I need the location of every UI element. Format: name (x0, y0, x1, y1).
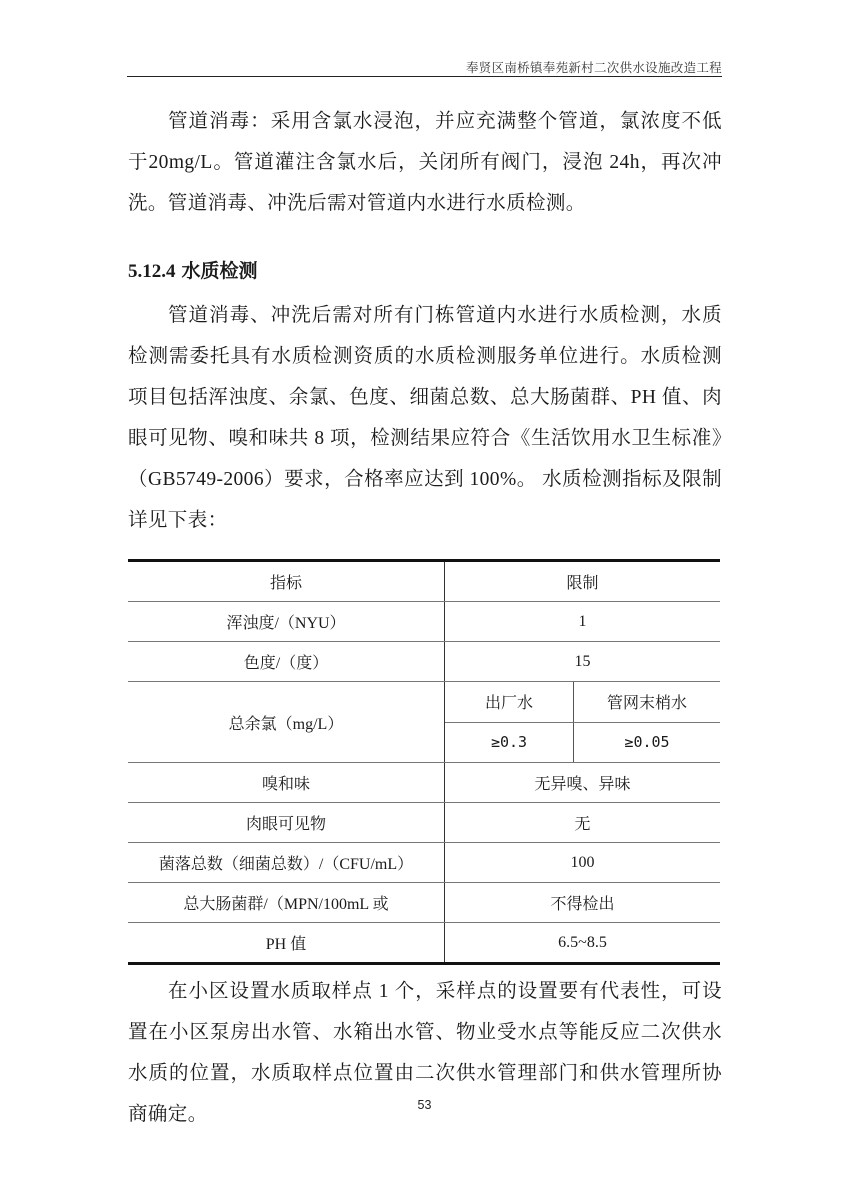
table-row: 色度/（度） 15 (128, 642, 720, 682)
section-title: 水质检测 (182, 261, 258, 282)
water-quality-table: 指标 限制 浑浊度/（NYU） 1 色度/（度） 15 总余氯（mg/L） 出厂… (128, 559, 720, 965)
indicator-cell: 总大肠菌群/（MPN/100mL 或 (128, 883, 445, 923)
limit-cell-network-end-water: ≥0.05 (574, 722, 721, 763)
table-row: PH 值 6.5~8.5 (128, 923, 720, 964)
table-row: 嗅和味 无异嗅、异味 (128, 763, 720, 803)
table-row: 肉眼可见物 无 (128, 803, 720, 843)
sub-header-factory-water: 出厂水 (445, 682, 574, 723)
table-row: 总大肠菌群/（MPN/100mL 或 不得检出 (128, 883, 720, 923)
sub-header-network-end-water: 管网末梢水 (574, 682, 721, 723)
section-heading: 5.12.4水质检测 (128, 256, 258, 283)
page-number: 53 (0, 1098, 849, 1112)
indicator-cell: 色度/（度） (128, 642, 445, 682)
indicator-cell: 肉眼可见物 (128, 803, 445, 843)
table-row: 总余氯（mg/L） 出厂水 管网末梢水 (128, 682, 720, 723)
table-row: 浑浊度/（NYU） 1 (128, 602, 720, 642)
limit-cell: 1 (445, 602, 721, 642)
table-header-row: 指标 限制 (128, 561, 720, 602)
table-row: 菌落总数（细菌总数）/（CFU/mL） 100 (128, 843, 720, 883)
table-header-limit: 限制 (445, 561, 721, 602)
section-number: 5.12.4 (128, 261, 176, 282)
limit-cell: 不得检出 (445, 883, 721, 923)
paragraph-water-quality-testing: 管道消毒、冲洗后需对所有门栋管道内水进行水质检测，水质检测需委托具有水质检测资质… (128, 295, 722, 541)
limit-cell-factory-water: ≥0.3 (445, 722, 574, 763)
limit-cell: 100 (445, 843, 721, 883)
limit-cell: 15 (445, 642, 721, 682)
indicator-cell: 菌落总数（细菌总数）/（CFU/mL） (128, 843, 445, 883)
indicator-cell: 总余氯（mg/L） (128, 682, 445, 763)
indicator-cell: 嗅和味 (128, 763, 445, 803)
limit-cell: 无 (445, 803, 721, 843)
table-header-indicator: 指标 (128, 561, 445, 602)
running-header: 奉贤区南桥镇奉苑新村二次供水设施改造工程 (127, 58, 722, 76)
indicator-cell: PH 值 (128, 923, 445, 964)
paragraph-pipe-disinfection: 管道消毒：采用含氯水浸泡，并应充满整个管道，氯浓度不低于20mg/L。管道灌注含… (128, 101, 722, 224)
header-rule (127, 76, 722, 77)
indicator-cell: 浑浊度/（NYU） (128, 602, 445, 642)
limit-cell: 6.5~8.5 (445, 923, 721, 964)
limit-cell: 无异嗅、异味 (445, 763, 721, 803)
